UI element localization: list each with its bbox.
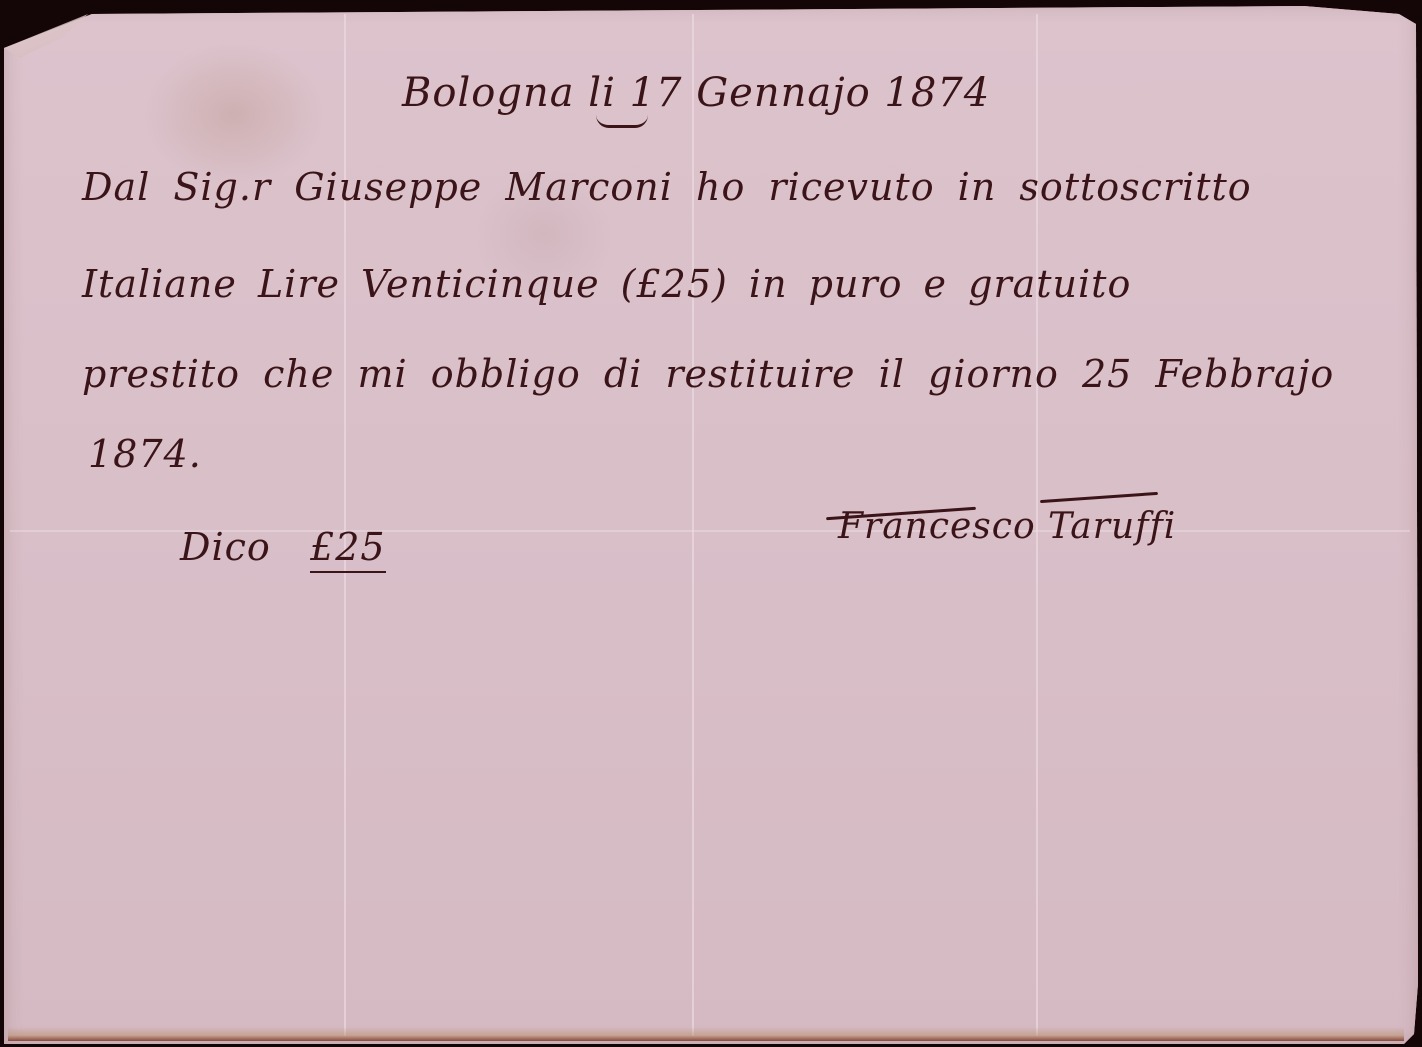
signature: Francesco Taruffi: [838, 506, 1176, 547]
day-underline-flourish: [596, 115, 648, 128]
paper-bottom-edge: [8, 1027, 1404, 1041]
sum-line: Dico £25: [180, 525, 386, 569]
scan-background: Bologna li 17 Gennajo 1874 Dal Sig.r Giu…: [0, 0, 1422, 1047]
body-line-1: Dal Sig.r Giuseppe Marconi ho ricevuto i…: [82, 165, 1252, 209]
body-line-2: Italiane Lire Venticinque (£25) in puro …: [82, 262, 1131, 306]
sum-amount: £25: [310, 525, 386, 573]
paper-sheet: [4, 4, 1418, 1044]
dateline: Bologna li 17 Gennajo 1874: [402, 70, 990, 116]
body-line-3: prestito che mi obbligo di restituire il…: [82, 352, 1334, 396]
sum-label: Dico: [180, 525, 271, 569]
body-line-4: 1874.: [88, 432, 202, 476]
